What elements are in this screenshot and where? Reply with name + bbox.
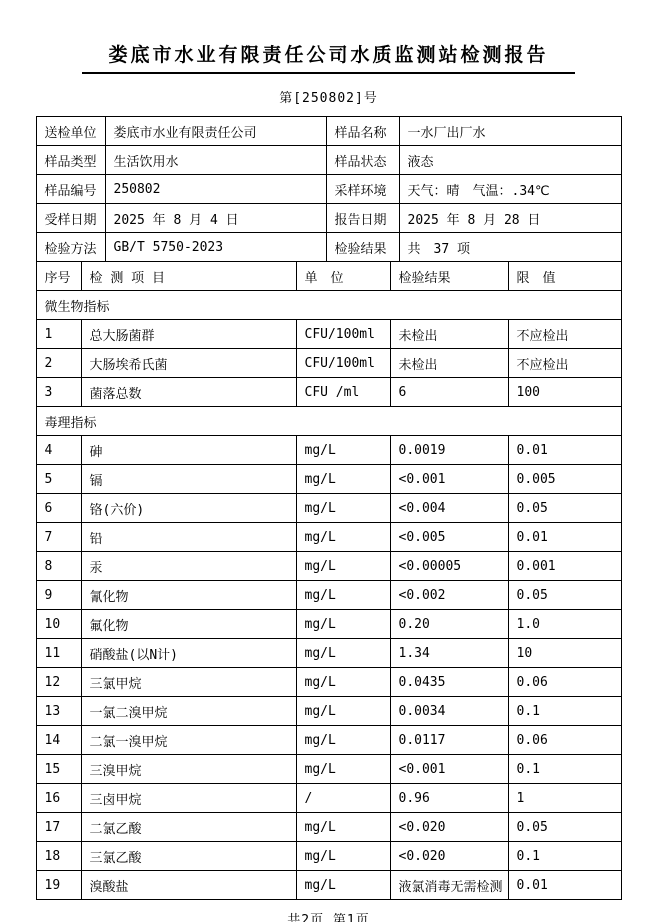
info-value: GB/T 5750-2023: [105, 233, 326, 262]
row-limit: 0.01: [508, 523, 621, 552]
row-no: 1: [36, 320, 81, 349]
row-unit: mg/L: [296, 639, 390, 668]
row-unit: mg/L: [296, 813, 390, 842]
row-result: <0.004: [390, 494, 508, 523]
row-item: 氰化物: [81, 581, 296, 610]
table-row: 样品编号 250802 采样环境 天气：晴 气温：.34℃: [36, 175, 621, 204]
document-number: 第[250802]号: [0, 87, 657, 106]
row-item: 二氯一溴甲烷: [81, 726, 296, 755]
col-header-no: 序号: [36, 262, 81, 291]
row-result: 0.96: [390, 784, 508, 813]
row-unit: CFU/100ml: [296, 349, 390, 378]
row-limit: 0.06: [508, 726, 621, 755]
info-label: 样品编号: [36, 175, 105, 204]
page-footer: 共2页 第1页: [0, 909, 657, 922]
info-value: 共 37 项: [399, 233, 621, 262]
col-header-limit: 限 值: [508, 262, 621, 291]
row-limit: 不应检出: [508, 320, 621, 349]
row-result: 6: [390, 378, 508, 407]
info-value: 液态: [399, 146, 621, 175]
section-title-microbial: 微生物指标: [36, 291, 621, 320]
row-item: 菌落总数: [81, 378, 296, 407]
row-item: 二氯乙酸: [81, 813, 296, 842]
row-result: 0.0034: [390, 697, 508, 726]
info-label: 采样环境: [326, 175, 399, 204]
table-row: 5 镉 mg/L <0.001 0.005: [36, 465, 621, 494]
row-unit: mg/L: [296, 610, 390, 639]
info-value: 250802: [105, 175, 326, 204]
table-row: 6 铬(六价) mg/L <0.004 0.05: [36, 494, 621, 523]
info-label: 报告日期: [326, 204, 399, 233]
row-item: 镉: [81, 465, 296, 494]
row-limit: 100: [508, 378, 621, 407]
row-limit: 1: [508, 784, 621, 813]
row-no: 2: [36, 349, 81, 378]
info-label: 检验方法: [36, 233, 105, 262]
table-row: 15 三溴甲烷 mg/L <0.001 0.1: [36, 755, 621, 784]
row-result: <0.005: [390, 523, 508, 552]
row-limit: 10: [508, 639, 621, 668]
row-limit: 0.06: [508, 668, 621, 697]
row-item: 一氯二溴甲烷: [81, 697, 296, 726]
row-item: 三氯甲烷: [81, 668, 296, 697]
table-row: 14 二氯一溴甲烷 mg/L 0.0117 0.06: [36, 726, 621, 755]
row-limit: 0.1: [508, 755, 621, 784]
row-result: 液氯消毒无需检测: [390, 871, 508, 900]
report-header: 娄底市水业有限责任公司水质监测站检测报告: [0, 40, 657, 74]
table-row: 3 菌落总数 CFU /ml 6 100: [36, 378, 621, 407]
table-row: 检验方法 GB/T 5750-2023 检验结果 共 37 项: [36, 233, 621, 262]
row-item: 三溴甲烷: [81, 755, 296, 784]
table-row: 18 三氯乙酸 mg/L <0.020 0.1: [36, 842, 621, 871]
row-result: <0.001: [390, 465, 508, 494]
table-row: 12 三氯甲烷 mg/L 0.0435 0.06: [36, 668, 621, 697]
col-header-item: 检 测 项 目: [81, 262, 296, 291]
row-result: <0.00005: [390, 552, 508, 581]
table-row: 8 汞 mg/L <0.00005 0.001: [36, 552, 621, 581]
row-item: 砷: [81, 436, 296, 465]
row-limit: 0.05: [508, 494, 621, 523]
info-label: 样品状态: [326, 146, 399, 175]
row-result: 1.34: [390, 639, 508, 668]
info-value: 2025 年 8 月 28 日: [399, 204, 621, 233]
col-header-result: 检验结果: [390, 262, 508, 291]
row-result: <0.020: [390, 813, 508, 842]
row-limit: 0.01: [508, 436, 621, 465]
row-unit: mg/L: [296, 668, 390, 697]
row-limit: 0.01: [508, 871, 621, 900]
table-row: 1 总大肠菌群 CFU/100ml 未检出 不应检出: [36, 320, 621, 349]
row-unit: mg/L: [296, 436, 390, 465]
table-row: 7 铅 mg/L <0.005 0.01: [36, 523, 621, 552]
row-limit: 0.005: [508, 465, 621, 494]
row-limit: 1.0: [508, 610, 621, 639]
row-result: <0.002: [390, 581, 508, 610]
table-row: 2 大肠埃希氏菌 CFU/100ml 未检出 不应检出: [36, 349, 621, 378]
row-unit: mg/L: [296, 552, 390, 581]
info-value: 天气：晴 气温：.34℃: [399, 175, 621, 204]
table-row: 10 氟化物 mg/L 0.20 1.0: [36, 610, 621, 639]
row-unit: mg/L: [296, 755, 390, 784]
row-item: 硝酸盐(以N计): [81, 639, 296, 668]
row-item: 氟化物: [81, 610, 296, 639]
row-limit: 0.05: [508, 581, 621, 610]
row-unit: /: [296, 784, 390, 813]
row-no: 11: [36, 639, 81, 668]
row-no: 17: [36, 813, 81, 842]
table-row: 受样日期 2025 年 8 月 4 日 报告日期 2025 年 8 月 28 日: [36, 204, 621, 233]
row-unit: CFU/100ml: [296, 320, 390, 349]
row-no: 15: [36, 755, 81, 784]
section-title-toxicology: 毒理指标: [36, 407, 621, 436]
row-result: 0.20: [390, 610, 508, 639]
info-value: 2025 年 8 月 4 日: [105, 204, 326, 233]
row-unit: mg/L: [296, 871, 390, 900]
row-no: 16: [36, 784, 81, 813]
row-item: 汞: [81, 552, 296, 581]
row-limit: 0.001: [508, 552, 621, 581]
row-item: 铬(六价): [81, 494, 296, 523]
table-row: 9 氰化物 mg/L <0.002 0.05: [36, 581, 621, 610]
row-result: 0.0019: [390, 436, 508, 465]
row-result: 未检出: [390, 349, 508, 378]
row-result: 0.0435: [390, 668, 508, 697]
info-label: 样品名称: [326, 117, 399, 146]
row-unit: mg/L: [296, 697, 390, 726]
row-result: 未检出: [390, 320, 508, 349]
row-item: 三氯乙酸: [81, 842, 296, 871]
row-limit: 0.05: [508, 813, 621, 842]
sample-info-table: 送检单位 娄底市水业有限责任公司 样品名称 一水厂出厂水 样品类型 生活饮用水 …: [36, 116, 622, 262]
table-row: 16 三卤甲烷 / 0.96 1: [36, 784, 621, 813]
row-result: <0.020: [390, 842, 508, 871]
row-limit: 0.1: [508, 697, 621, 726]
info-label: 受样日期: [36, 204, 105, 233]
table-row: 4 砷 mg/L 0.0019 0.01: [36, 436, 621, 465]
row-no: 5: [36, 465, 81, 494]
table-row: 17 二氯乙酸 mg/L <0.020 0.05: [36, 813, 621, 842]
col-header-unit: 单 位: [296, 262, 390, 291]
row-result: <0.001: [390, 755, 508, 784]
row-no: 7: [36, 523, 81, 552]
table-row: 19 溴酸盐 mg/L 液氯消毒无需检测 0.01: [36, 871, 621, 900]
row-no: 8: [36, 552, 81, 581]
row-item: 总大肠菌群: [81, 320, 296, 349]
results-table: 序号 检 测 项 目 单 位 检验结果 限 值 微生物指标 1 总大肠菌群 CF…: [36, 261, 622, 900]
table-header-row: 序号 检 测 项 目 单 位 检验结果 限 值: [36, 262, 621, 291]
row-unit: mg/L: [296, 842, 390, 871]
row-no: 9: [36, 581, 81, 610]
row-unit: mg/L: [296, 581, 390, 610]
row-no: 3: [36, 378, 81, 407]
section-row: 微生物指标: [36, 291, 621, 320]
table-row: 样品类型 生活饮用水 样品状态 液态: [36, 146, 621, 175]
table-row: 送检单位 娄底市水业有限责任公司 样品名称 一水厂出厂水: [36, 117, 621, 146]
row-no: 6: [36, 494, 81, 523]
row-limit: 不应检出: [508, 349, 621, 378]
row-item: 大肠埃希氏菌: [81, 349, 296, 378]
info-value: 生活饮用水: [105, 146, 326, 175]
row-no: 10: [36, 610, 81, 639]
row-item: 三卤甲烷: [81, 784, 296, 813]
row-limit: 0.1: [508, 842, 621, 871]
info-label: 样品类型: [36, 146, 105, 175]
row-no: 18: [36, 842, 81, 871]
info-label: 送检单位: [36, 117, 105, 146]
page-title: 娄底市水业有限责任公司水质监测站检测报告: [82, 40, 574, 74]
row-unit: CFU /ml: [296, 378, 390, 407]
row-no: 4: [36, 436, 81, 465]
table-row: 13 一氯二溴甲烷 mg/L 0.0034 0.1: [36, 697, 621, 726]
row-result: 0.0117: [390, 726, 508, 755]
row-no: 19: [36, 871, 81, 900]
info-value: 娄底市水业有限责任公司: [105, 117, 326, 146]
row-no: 13: [36, 697, 81, 726]
info-value: 一水厂出厂水: [399, 117, 621, 146]
section-row: 毒理指标: [36, 407, 621, 436]
report-page: 娄底市水业有限责任公司水质监测站检测报告 第[250802]号 送检单位 娄底市…: [0, 0, 657, 922]
row-item: 溴酸盐: [81, 871, 296, 900]
row-no: 14: [36, 726, 81, 755]
row-unit: mg/L: [296, 465, 390, 494]
row-item: 铅: [81, 523, 296, 552]
row-no: 12: [36, 668, 81, 697]
table-row: 11 硝酸盐(以N计) mg/L 1.34 10: [36, 639, 621, 668]
row-unit: mg/L: [296, 494, 390, 523]
row-unit: mg/L: [296, 523, 390, 552]
row-unit: mg/L: [296, 726, 390, 755]
info-label: 检验结果: [326, 233, 399, 262]
